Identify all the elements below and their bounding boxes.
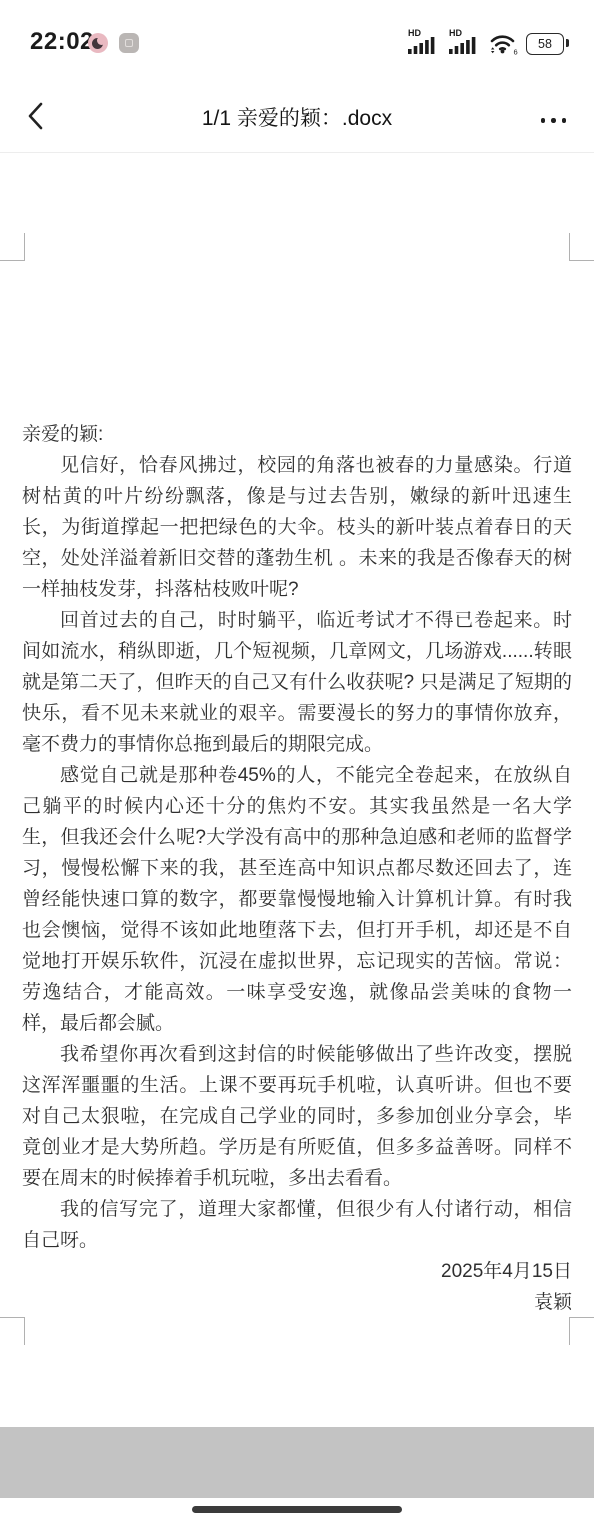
page-corner-mark-top-right — [569, 233, 594, 261]
system-navigation-area — [0, 1498, 594, 1524]
letter-paragraph: 我希望你再次看到这封信的时候能够做出了些许改变，摆脱这浑浑噩噩的生活。上课不要再… — [22, 1039, 572, 1194]
status-bar-right: HD HD — [407, 28, 568, 55]
page-corner-mark-top-left — [0, 233, 25, 261]
letter-signature: 袁颖 — [22, 1287, 572, 1318]
home-indicator-handle[interactable] — [192, 1506, 402, 1513]
letter-date: 2025年4月15日 — [22, 1256, 572, 1287]
letter-paragraph: 感觉自己就是那种卷45%的人，不能完全卷起来，在放纵自己躺平的时候内心还十分的焦… — [22, 760, 572, 1039]
status-bar: 22:02 HD HD — [0, 20, 594, 72]
notification-icons — [88, 33, 139, 53]
hd-label: HD — [449, 28, 462, 38]
letter-paragraph: 我的信写完了，道理大家都懂，但很少有人付诸行动，相信自己呀。 — [22, 1194, 572, 1256]
clock-time: 22:02 — [30, 28, 94, 56]
hd-label: HD — [408, 28, 421, 38]
cellular-signal-2-icon: HD — [448, 28, 482, 55]
cellular-signal-1-icon: HD — [407, 28, 441, 55]
page-corner-mark-bottom-left — [0, 1317, 25, 1345]
document-viewer-header: 1/1 亲爱的颖：.docx — [0, 80, 594, 152]
canvas-background-band — [0, 1427, 594, 1498]
alarm-clock-icon — [88, 33, 108, 53]
back-chevron-icon[interactable] — [24, 100, 50, 132]
page-corner-mark-bottom-right — [569, 1317, 594, 1345]
letter-paragraph: 见信好，恰春风拂过，校园的角落也被春的力量感染。行道树枯黄的叶片纷纷飘落，像是与… — [22, 450, 572, 605]
battery-percent: 58 — [538, 37, 552, 51]
wifi-icon: 6 — [489, 28, 519, 55]
overflow-menu-icon[interactable] — [541, 114, 567, 127]
letter-paragraph: 回首过去的自己，时时躺平，临近考试才不得已卷起来。时间如流水，稍纵即逝，几个短视… — [22, 605, 572, 760]
wifi-6-badge: 6 — [514, 48, 518, 56]
letter-salutation: 亲爱的颖: — [22, 419, 572, 450]
battery-icon: 58 — [526, 33, 564, 55]
screen-record-icon — [119, 33, 139, 53]
letter-body: 亲爱的颖: 见信好，恰春风拂过，校园的角落也被春的力量感染。行道树枯黄的叶片纷纷… — [22, 419, 572, 1318]
document-title: 1/1 亲爱的颖：.docx — [70, 102, 524, 132]
document-page[interactable]: 亲爱的颖: 见信好，恰春风拂过，校园的角落也被春的力量感染。行道树枯黄的叶片纷纷… — [0, 153, 594, 1427]
